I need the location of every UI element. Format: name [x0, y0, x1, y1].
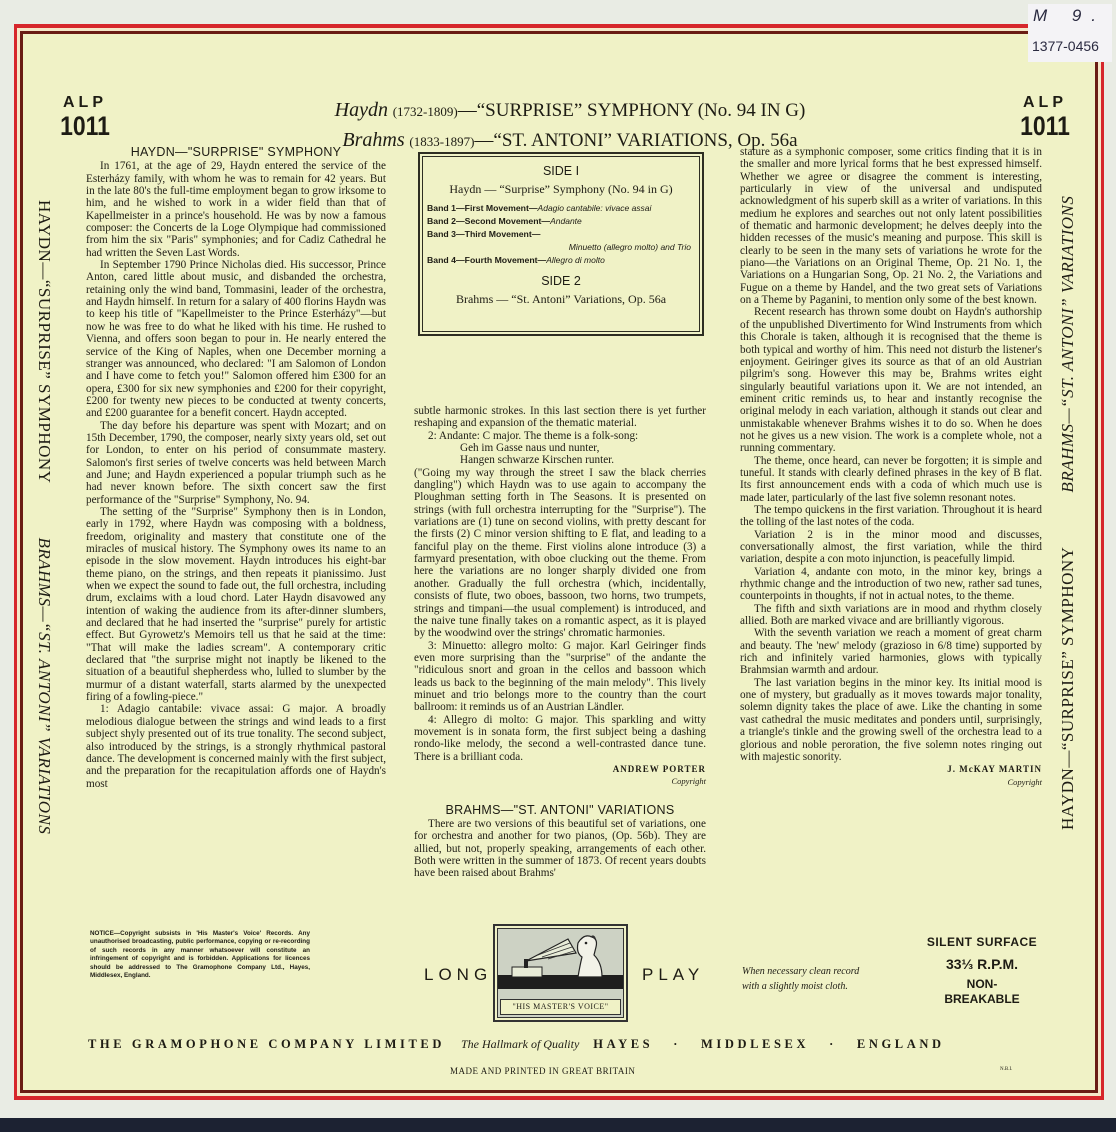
- paragraph: The last variation begins in the minor k…: [740, 677, 1042, 763]
- spine-part-1: HAYDN—“SURPRISE” SYMPHONY: [35, 200, 54, 483]
- non-label: NON-: [912, 977, 1052, 992]
- author-signature: ANDREW PORTER: [414, 763, 706, 775]
- paragraph: The day before his departure was spent w…: [86, 420, 386, 506]
- cleaning-line-2: with a slightly moist cloth.: [742, 979, 859, 994]
- side-2-label: SIDE 2: [427, 274, 695, 288]
- location-middlesex: MIDDLESEX: [701, 1037, 809, 1051]
- catalog-number: 1011: [1007, 112, 1084, 140]
- paragraph: ("Going my way through the street I saw …: [414, 467, 706, 640]
- haydn-notes-column-2: subtle harmonic strokes. In this last se…: [414, 405, 706, 880]
- location-england: ENGLAND: [857, 1037, 945, 1051]
- hallmark-slogan: The Hallmark of Quality: [461, 1037, 579, 1051]
- cleaning-line-1: When necessary clean record: [742, 964, 859, 979]
- print-code: N.B.I.: [1000, 1067, 1012, 1072]
- location-hayes: HAYES: [593, 1037, 653, 1051]
- paragraph: 2: Andante: C major. The theme is a folk…: [414, 430, 706, 442]
- verse-line: Hangen schwarze Kirschen runter.: [414, 454, 706, 466]
- paragraph: 4: Allegro di molto: G major. This spark…: [414, 714, 706, 763]
- long-label: LONG: [424, 965, 492, 985]
- work-title: —“SURPRISE” SYMPHONY (No. 94 IN G): [458, 100, 806, 121]
- paragraph: 1: Adagio cantabile: vivace assai: G maj…: [86, 703, 386, 789]
- title-line-haydn: Haydn (1732-1809)—“SURPRISE” SYMPHONY (N…: [250, 96, 890, 126]
- band-2: Band 2—Second Movement—Andante: [427, 215, 695, 228]
- non-breakable-label: NON- BREAKABLE: [912, 977, 1052, 1007]
- haydn-notes-column-1: HAYDN—"SURPRISE" SYMPHONY In 1761, at th…: [86, 146, 386, 790]
- paragraph: Variation 4, andante con moto, in the mi…: [740, 566, 1042, 603]
- catalog-prefix: ALP: [1000, 94, 1090, 112]
- silent-surface-label: SILENT SURFACE: [912, 935, 1052, 949]
- separator-dot: ·: [829, 1037, 837, 1051]
- separator-dot: ·: [673, 1037, 681, 1051]
- band-1: Band 1—First Movement—Adagio cantabile: …: [427, 202, 695, 215]
- cleaning-instructions: When necessary clean record with a sligh…: [742, 964, 859, 994]
- sticker-line-2: 1377-0456: [1032, 38, 1099, 54]
- catalog-number-right: ALP 1011: [1000, 94, 1090, 140]
- side-1-work: Haydn — “Surprise” Symphony (No. 94 in G…: [427, 182, 695, 197]
- logo-caption: "HIS MASTER'S VOICE": [500, 999, 621, 1015]
- rpm-label: 33⅓ R.P.M.: [912, 956, 1052, 972]
- catalog-number-left: ALP 1011: [40, 94, 130, 140]
- company-line: THE GRAMOPHONE COMPANY LIMITEDThe Hallma…: [88, 1037, 1048, 1052]
- composer-years: (1833-1897): [409, 134, 474, 149]
- paragraph: stature as a symphonic composer, some cr…: [740, 146, 1042, 306]
- paragraph: Recent research has thrown some doubt on…: [740, 306, 1042, 454]
- spine-part-1: HAYDN—“SURPRISE” SYMPHONY: [1058, 547, 1077, 830]
- band-3: Band 3—Third Movement—: [427, 228, 695, 241]
- spine-text-right: HAYDN—“SURPRISE” SYMPHONYBRAHMS—“ST. ANT…: [1058, 196, 1078, 830]
- spine-part-2: BRAHMS—“ST. ANTONI” VARIATIONS: [35, 537, 54, 834]
- dog-gramophone-icon: [498, 929, 623, 1001]
- play-label: PLAY: [642, 965, 704, 985]
- brahms-notes-column: stature as a symphonic composer, some cr…: [740, 146, 1042, 788]
- paragraph: With the seventh variation we reach a mo…: [740, 627, 1042, 676]
- paragraph: The setting of the "Surprise" Symphony t…: [86, 506, 386, 704]
- archive-sticker: M 9. 1377-0456: [1028, 4, 1112, 62]
- breakable-label: BREAKABLE: [912, 992, 1052, 1007]
- record-specs: SILENT SURFACE 33⅓ R.P.M. NON- BREAKABLE: [912, 935, 1052, 1007]
- paragraph: Variation 2 is in the minor mood and dis…: [740, 529, 1042, 566]
- paragraph: 3: Minuetto: allegro molto: G major. Kar…: [414, 640, 706, 714]
- side-2-work: Brahms — “St. Antoni” Variations, Op. 56…: [427, 292, 695, 307]
- spine-text-left: HAYDN—“SURPRISE” SYMPHONYBRAHMS—“ST. ANT…: [34, 200, 54, 834]
- copyright-notice: NOTICE—Copyright subsists in 'His Master…: [90, 930, 310, 980]
- paragraph: There are two versions of this beautiful…: [414, 818, 706, 880]
- paragraph: The theme, once heard, can never be forg…: [740, 455, 1042, 504]
- side-1-label: SIDE I: [427, 164, 695, 178]
- background-strip: [0, 1118, 1116, 1132]
- paragraph: In 1761, at the age of 29, Haydn entered…: [86, 160, 386, 259]
- paragraph: The fifth and sixth variations are in mo…: [740, 603, 1042, 628]
- his-masters-voice-logo: "HIS MASTER'S VOICE": [493, 924, 628, 1022]
- made-in-label: MADE AND PRINTED IN GREAT BRITAIN: [450, 1066, 635, 1076]
- composer-years: (1732-1809): [393, 104, 458, 119]
- author-signature: J. McKAY MARTIN: [740, 763, 1042, 775]
- section-heading: BRAHMS—"ST. ANTONI" VARIATIONS: [414, 804, 706, 816]
- verse-line: Geh im Gasse naus und nunter,: [414, 442, 706, 454]
- composer-name: Haydn: [335, 99, 388, 121]
- catalog-number: 1011: [47, 112, 124, 140]
- sticker-line-1: M 9.: [1033, 6, 1106, 26]
- tracklist-box: SIDE I Haydn — “Surprise” Symphony (No. …: [418, 152, 704, 336]
- spine-part-2: BRAHMS—“ST. ANTONI” VARIATIONS: [1058, 196, 1077, 493]
- section-heading: HAYDN—"SURPRISE" SYMPHONY: [86, 146, 386, 158]
- copyright-note: Copyright: [414, 775, 706, 787]
- company-name: THE GRAMOPHONE COMPANY LIMITED: [88, 1037, 445, 1051]
- catalog-prefix: ALP: [40, 94, 130, 112]
- paragraph: subtle harmonic strokes. In this last se…: [414, 405, 706, 430]
- band-4: Band 4—Fourth Movement—Allegro di molto: [427, 254, 695, 267]
- paragraph: In September 1790 Prince Nicholas died. …: [86, 259, 386, 419]
- paragraph: The tempo quickens in the first variatio…: [740, 504, 1042, 529]
- band-3-tempo: Minuetto (allegro molto) and Trio: [427, 241, 695, 254]
- copyright-note: Copyright: [740, 776, 1042, 788]
